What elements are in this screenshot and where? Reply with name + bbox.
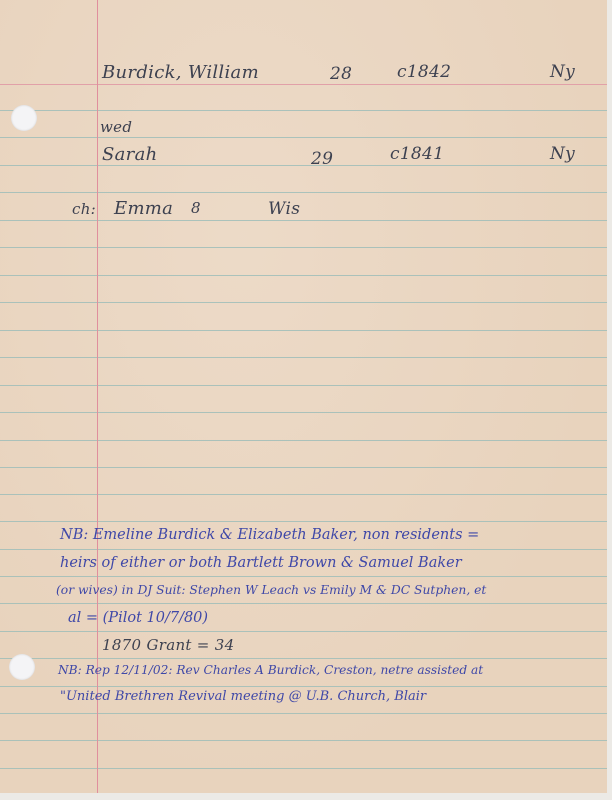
grant-line: 1870 Grant = 34	[102, 638, 234, 653]
ruled-line	[0, 768, 607, 769]
child-age: 8	[191, 201, 201, 216]
head-birthplace: Ny	[550, 64, 575, 81]
head-name: Burdick, William	[102, 64, 259, 82]
child-label: ch:	[72, 202, 96, 217]
ruled-line	[0, 247, 607, 248]
ruled-line	[0, 330, 607, 331]
ruled-line	[0, 440, 607, 441]
ruled-line	[0, 165, 607, 166]
ruled-line	[0, 686, 607, 687]
child-birthplace: Wis	[268, 201, 300, 218]
spouse-birthplace: Ny	[550, 146, 575, 163]
note-nb2-line1: NB: Rep 12/11/02: Rev Charles A Burdick,…	[58, 664, 483, 676]
ruled-line	[0, 631, 607, 632]
punch-hole-top	[11, 105, 37, 131]
spouse-born: c1841	[390, 146, 444, 163]
ruled-line	[0, 603, 607, 604]
note-nb2-line2: "United Brethren Revival meeting @ U.B. …	[60, 690, 426, 703]
ruled-line	[0, 110, 607, 111]
ruled-line	[0, 576, 607, 577]
ruled-line	[0, 275, 607, 276]
ruled-line	[0, 357, 607, 358]
head-born: c1842	[397, 64, 451, 81]
ruled-line	[0, 385, 607, 386]
ruled-line	[0, 220, 607, 221]
notebook-page: Burdick, William 28 c1842 Ny wed Sarah 2…	[0, 0, 607, 793]
note-nb1-line3: (or wives) in DJ Suit: Stephen W Leach v…	[56, 584, 486, 596]
ruled-line	[0, 713, 607, 714]
ruled-line	[0, 658, 607, 659]
ruled-line	[0, 302, 607, 303]
ruled-line	[0, 549, 607, 550]
head-age: 28	[330, 66, 352, 83]
ruled-line	[0, 521, 607, 522]
punch-hole-bottom	[9, 654, 35, 680]
note-nb1-line2: heirs of either or both Bartlett Brown &…	[60, 556, 462, 571]
spouse-name: Sarah	[102, 146, 158, 164]
ruled-line	[0, 192, 607, 193]
spouse-age: 29	[311, 151, 333, 168]
ruled-line	[0, 740, 607, 741]
child-name: Emma	[114, 200, 173, 218]
note-nb1-line4: al = (Pilot 10/7/80)	[68, 611, 208, 626]
ruled-line	[0, 494, 607, 495]
ruled-line	[0, 412, 607, 413]
relation-label: wed	[100, 120, 132, 135]
ruled-line	[0, 137, 607, 138]
ruled-line	[0, 467, 607, 468]
note-nb1-line1: NB: Emeline Burdick & Elizabeth Baker, n…	[60, 528, 479, 543]
top-red-rule	[0, 84, 607, 85]
